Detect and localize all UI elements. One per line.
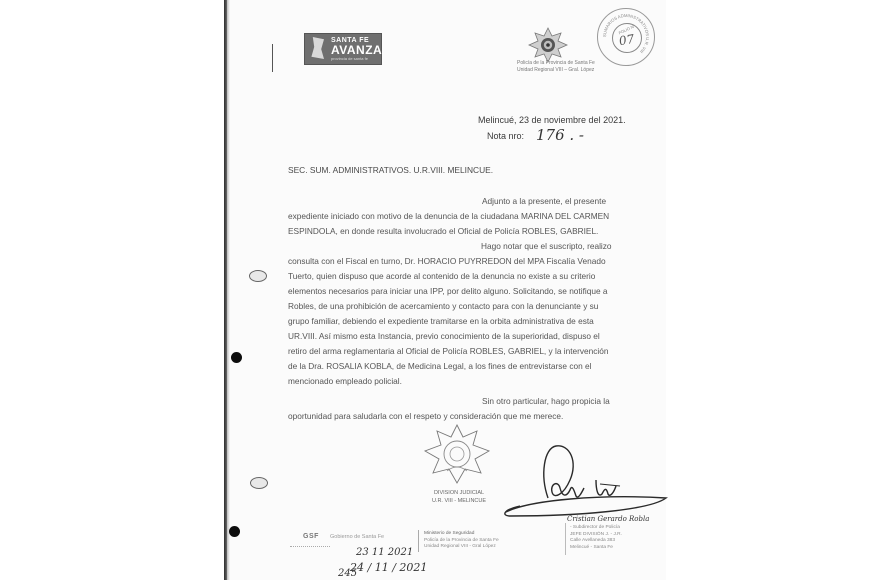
- body-line: UR.VIII. Así mismo esta Instancia, previ…: [288, 331, 600, 341]
- footer-divider: [418, 530, 419, 552]
- body-line: oportunidad para saludarla con el respet…: [288, 411, 563, 421]
- body-line: consulta con el Fiscal en turno, Dr. HOR…: [288, 256, 606, 266]
- body-line: elementos necesarios para iniciar una IP…: [288, 286, 607, 296]
- signer-info-line: - Subdirector de Policía: [570, 525, 622, 532]
- nota-label: Nota nro:: [487, 131, 524, 141]
- body-line: ESPINDOLA, en donde resulta involucrado …: [288, 226, 598, 236]
- punch-hole: [231, 352, 242, 363]
- division-judicial-seal-icon: [421, 423, 493, 485]
- body-line: expediente iniciado con motivo de la den…: [288, 211, 609, 221]
- punch-hole: [229, 526, 240, 537]
- date-line: Melincué, 23 de noviembre del 2021.: [478, 115, 626, 125]
- punch-hole-ghost: [249, 270, 267, 282]
- handwritten-signature: [500, 440, 670, 520]
- signer-info-line: Melincué - Santa Fe: [570, 545, 622, 552]
- folio-stamp: SUMARIOS ADMINISTRATIVOS U.R. VIII FOLIO…: [597, 8, 655, 66]
- handwritten-folio: 245: [338, 568, 357, 579]
- handwritten-date-2: 24 / 11 / 2021: [350, 561, 427, 574]
- punch-hole-ghost: [250, 477, 268, 489]
- handwritten-date-1: 23 11 2021: [356, 547, 413, 558]
- body-line: de la Dra. ROSALIA KOBLA, de Medicina Le…: [288, 361, 591, 371]
- body-line: Hago notar que el suscripto, realizo: [481, 241, 612, 251]
- stamp-folio-number: 07: [618, 32, 635, 48]
- body-line: Sin otro particular, hago propicia la: [482, 396, 610, 406]
- logo-line2: AVANZA: [331, 43, 382, 57]
- logo-line3: provincia de santa fe: [331, 56, 368, 61]
- seal-caption-line1: DIVISION JUDICIAL: [424, 489, 494, 497]
- santa-fe-avanza-logo: SANTA FE AVANZA provincia de santa fe: [304, 33, 382, 65]
- gsf-logo: GSF: [303, 533, 319, 540]
- santa-fe-map-icon: [310, 37, 324, 59]
- seal-caption-line2: U.R. VIII - MELINCUE: [424, 497, 494, 505]
- gobierno-label: Gobierno de Santa Fe: [330, 534, 384, 540]
- ministry-block: Ministerio de Seguridad Policía de la Pr…: [424, 531, 499, 551]
- signature-divider: [565, 523, 566, 555]
- body-line: Tuerto, quien dispuso que acorde al cont…: [288, 271, 595, 281]
- binding-shadow: [227, 0, 230, 580]
- body-line: mencionado empleado policial.: [288, 376, 402, 386]
- body-line: grupo familiar, debiendo el expediente t…: [288, 316, 594, 326]
- signer-name: Cristian Gerardo Robla: [567, 515, 649, 523]
- addressee: SEC. SUM. ADMINISTRATIVOS. U.R.VIII. MEL…: [288, 165, 493, 175]
- signer-info-line: Calle Avellaneda 383: [570, 538, 622, 545]
- police-letterhead: Policía de la Provincia de Santa Fe Unid…: [517, 60, 595, 74]
- body-line: Adjunto a la presente, el presente: [482, 196, 606, 206]
- body-line: retiro del arma reglamentaria al Oficial…: [288, 346, 609, 356]
- margin-mark: [272, 44, 273, 72]
- signer-info: - Subdirector de Policía JEFE DIVISIÓN J…: [570, 525, 622, 551]
- police-line2: Unidad Regional VIII – Gral. López: [517, 67, 595, 74]
- body-line: Robles, de una prohibición de acercamien…: [288, 301, 598, 311]
- police-line1: Policía de la Provincia de Santa Fe: [517, 60, 595, 67]
- nota-number: 176 . -: [536, 126, 584, 144]
- police-star-icon: [528, 27, 568, 63]
- ministry-line3: Unidad Regional VIII - Gral López: [424, 544, 499, 551]
- footer-dotted-line: [290, 546, 330, 547]
- seal-caption: DIVISION JUDICIAL U.R. VIII - MELINCUE: [424, 489, 494, 505]
